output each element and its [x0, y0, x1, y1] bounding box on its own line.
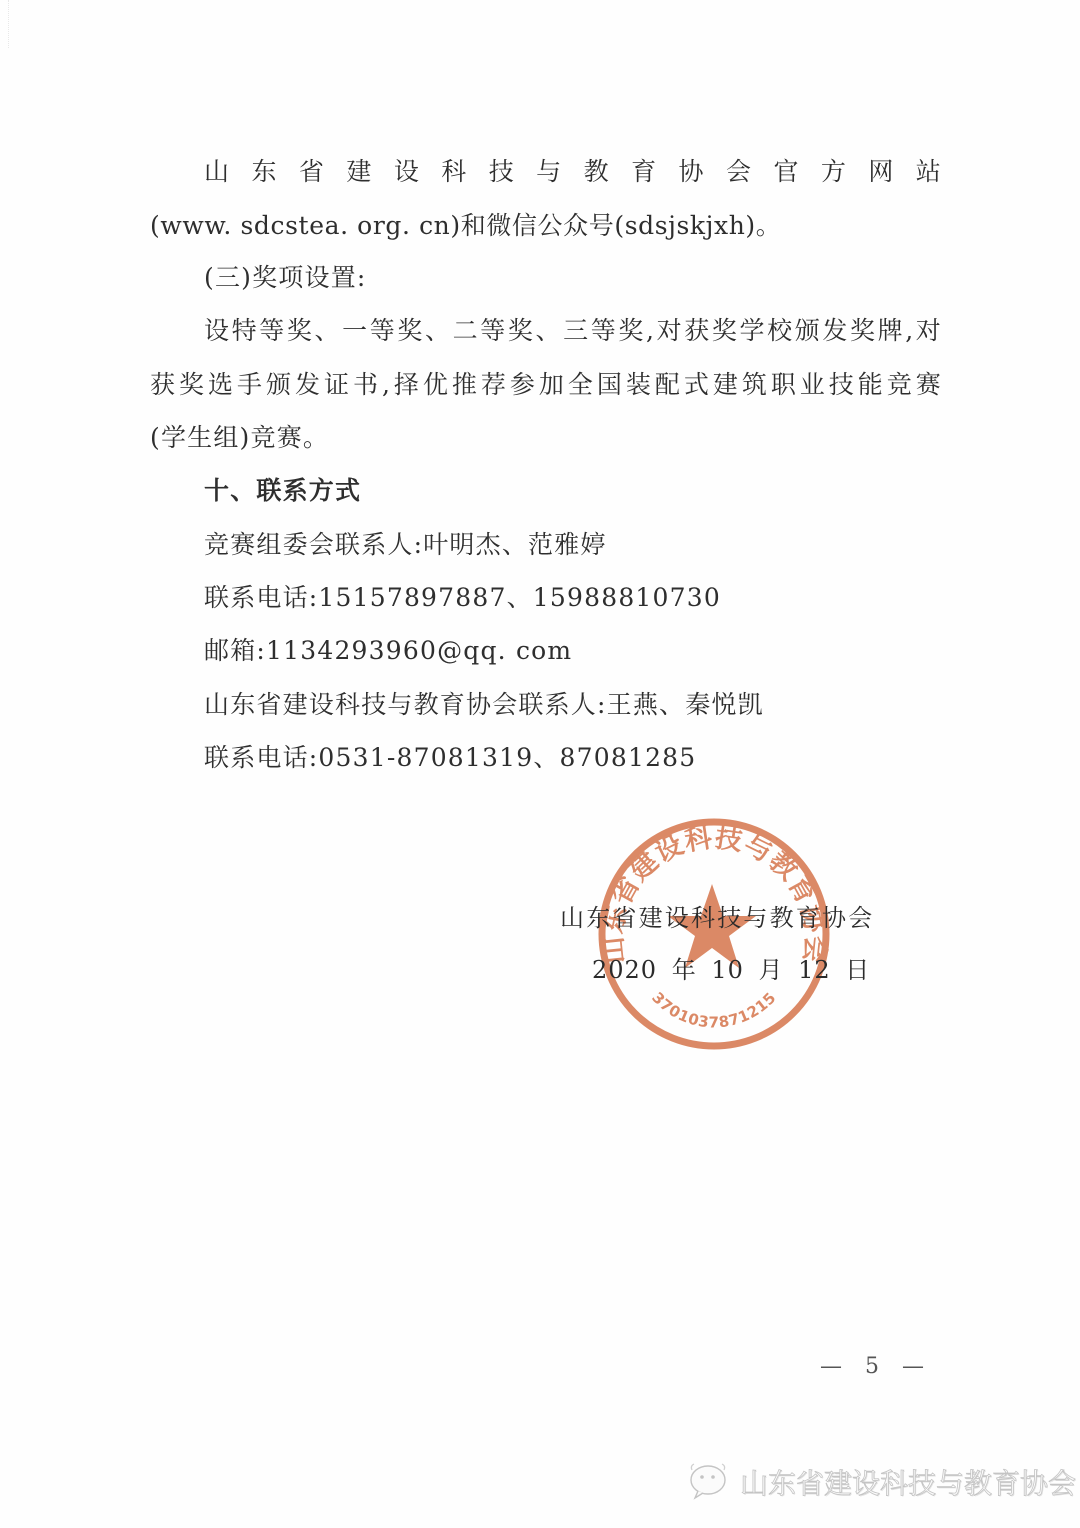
wechat-watermark: 山东省建设科技与教育协会 [688, 1462, 1076, 1502]
contact-email: 邮箱:1134293960@qq. com [204, 635, 942, 667]
seal-number: 3701037871215 [648, 989, 779, 1032]
association-phone: 联系电话:0531-87081319、87081285 [204, 742, 942, 774]
section-heading: 十、联系方式 [204, 475, 942, 507]
svg-text:3701037871215: 3701037871215 [648, 989, 779, 1032]
paragraph-line: 设特等奖、一等奖、二等奖、三等奖,对获奖学校颁发奖牌,对 [204, 315, 942, 347]
signature-date: 2020 年 10 月 12 日 [592, 955, 870, 985]
watermark-text: 山东省建设科技与教育协会 [740, 1462, 1076, 1502]
paragraph-line: (学生组)竞赛。 [150, 422, 942, 454]
subsection-heading: (三)奖项设置: [204, 262, 942, 294]
page-number: — 5 — [820, 1354, 932, 1379]
scan-margin-mark [8, 0, 15, 48]
document-page: 山东省建设科技与教育协会官方网站 (www. sdcstea. org. cn)… [0, 0, 1080, 1528]
paragraph-line: 获奖选手颁发证书,择优推荐参加全国装配式建筑职业技能竞赛 [150, 369, 942, 401]
paragraph-line: 山东省建设科技与教育协会官方网站 [204, 156, 942, 188]
paragraph-line: (www. sdcstea. org. cn)和微信公众号(sdsjskjxh)… [150, 210, 942, 242]
committee-phone: 联系电话:15157897887、15988810730 [204, 582, 942, 614]
signature-organization: 山东省建设科技与教育协会 [560, 903, 874, 933]
committee-contact: 竞赛组委会联系人:叶明杰、范雅婷 [204, 529, 942, 561]
wechat-icon [688, 1462, 734, 1502]
association-contact: 山东省建设科技与教育协会联系人:王燕、秦悦凯 [204, 689, 942, 721]
official-seal-icon: 山东省建设科技与教育协会 3701037871215 [596, 816, 832, 1052]
